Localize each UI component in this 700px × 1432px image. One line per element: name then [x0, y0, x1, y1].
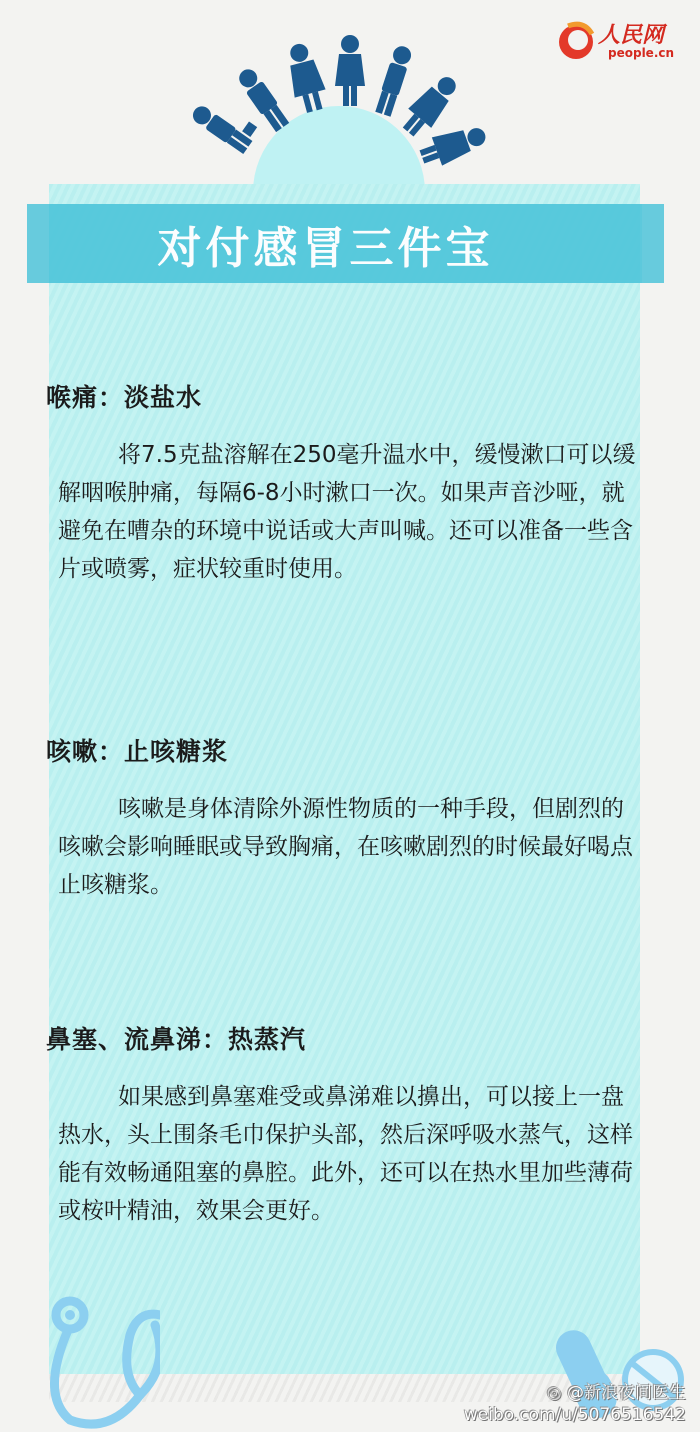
logo-cn-text: 人民网	[598, 18, 664, 49]
section-heading: 鼻塞、流鼻涕：热蒸汽	[46, 1020, 646, 1056]
section-body: 如果感到鼻塞难受或鼻涕难以擤出，可以接上一盘热水，头上围条毛巾保护头部，然后深呼…	[46, 1078, 638, 1230]
section-body: 将7.5克盐溶解在250毫升温水中，缓慢漱口可以缓解咽喉肿痛，每隔6-8小时漱口…	[46, 436, 638, 588]
section-sore-throat: 喉痛：淡盐水 将7.5克盐溶解在250毫升温水中，缓慢漱口可以缓解咽喉肿痛，每隔…	[46, 378, 646, 588]
section-heading: 咳嗽：止咳糖浆	[46, 732, 646, 768]
people-cn-swirl-icon	[556, 18, 596, 62]
section-body: 咳嗽是身体清除外源性物质的一种手段，但剧烈的咳嗽会影响睡眠或导致胸痛，在咳嗽剧烈…	[46, 790, 638, 904]
stethoscope-icon	[20, 1285, 160, 1432]
people-cn-logo: 人民网 people.cn	[556, 18, 686, 68]
section-stuffy-nose: 鼻塞、流鼻涕：热蒸汽 如果感到鼻塞难受或鼻涕难以擤出，可以接上一盘热水，头上围条…	[46, 1020, 646, 1230]
section-cough: 咳嗽：止咳糖浆 咳嗽是身体清除外源性物质的一种手段，但剧烈的咳嗽会影响睡眠或导致…	[46, 732, 646, 904]
section-heading: 喉痛：淡盐水	[46, 378, 646, 414]
page-title: 对付感冒三件宝	[158, 212, 494, 276]
watermark-url: weibo.com/u/5076516542	[464, 1405, 686, 1425]
medical-staff-figures-icon	[190, 20, 500, 190]
logo-en-text: people.cn	[608, 46, 674, 60]
weibo-watermark: ◎ @新浪夜间医生 weibo.com/u/5076516542	[464, 1378, 686, 1425]
watermark-handle: @新浪夜间医生	[567, 1383, 686, 1403]
title-banner: 对付感冒三件宝	[27, 204, 664, 283]
weibo-icon: ◎	[547, 1383, 562, 1403]
